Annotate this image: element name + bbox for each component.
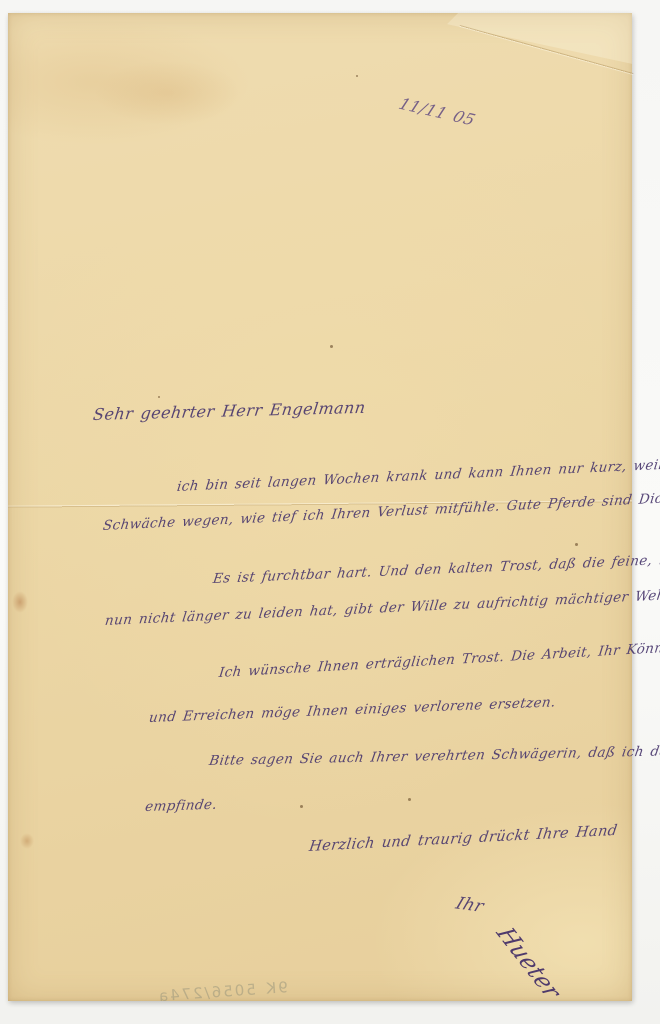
body-line: Ich wünsche Ihnen erträglichen Trost. Di… (218, 634, 660, 681)
body-line: Schwäche wegen, wie tief ich Ihren Verlu… (102, 489, 660, 534)
ink-speck (356, 75, 358, 77)
handwritten-date: 11/11 05 (396, 94, 478, 129)
body-line: nun nicht länger zu leiden hat, gibt der… (104, 586, 660, 629)
ink-speck (158, 396, 160, 398)
ink-speck (300, 805, 303, 808)
ink-speck (408, 798, 411, 801)
mirrored-archive-number: 9K 5056/274a (148, 978, 289, 1006)
closing-line: Herzlich und traurig drückt Ihre Hand (308, 823, 619, 855)
body-line: Bitte sagen Sie auch Ihrer verehrten Sch… (208, 740, 660, 769)
edge-stain (12, 591, 28, 613)
body-line: ich bin seit langen Wochen krank und kan… (176, 451, 660, 495)
signature-prefix: Ihr (453, 894, 487, 917)
salutation-line: Sehr geehrter Herr Engelmann (92, 398, 367, 424)
body-line: und Erreichen möge Ihnen einiges verlore… (148, 694, 557, 726)
letter-paper-sheet: 11/11 05 Sehr geehrter Herr Engelmann ic… (8, 13, 632, 1001)
body-line: empfinde. (144, 797, 218, 815)
faint-corner-smudge (88, 58, 248, 128)
ink-speck (330, 345, 333, 348)
ink-speck (575, 543, 578, 546)
signature: Hueter (490, 924, 567, 1002)
edge-stain (20, 833, 34, 849)
body-line: Es ist furchtbar hart. Und den kalten Tr… (212, 545, 660, 587)
